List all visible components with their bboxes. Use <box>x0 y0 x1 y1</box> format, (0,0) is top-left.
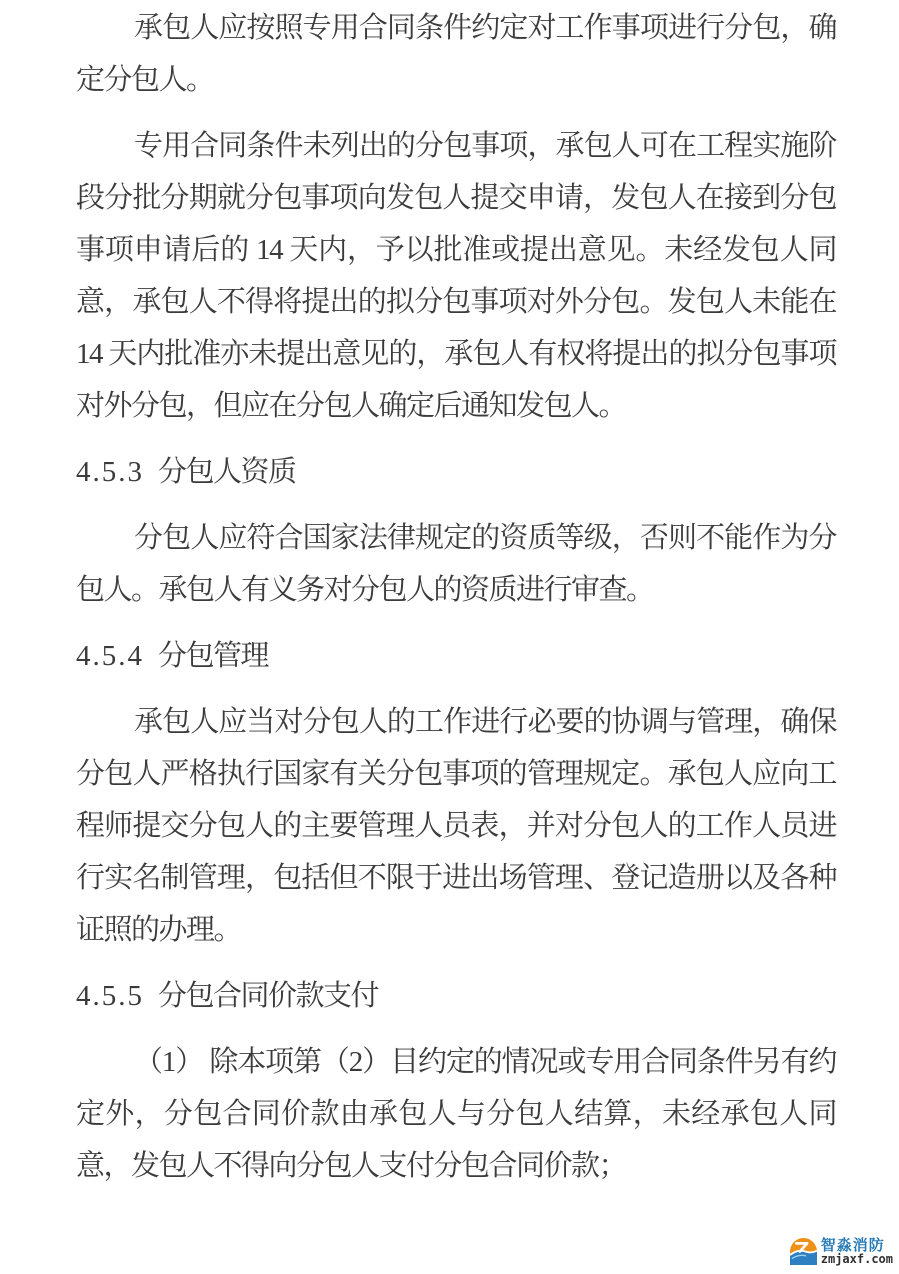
section-title: 分包管理 <box>158 640 268 672</box>
brand-name: 智淼消防 <box>821 1238 893 1254</box>
section-number: 4.5.3 <box>76 456 144 488</box>
brand-url: zmjaxf.com <box>821 1253 893 1266</box>
paragraph-subcontract-management: 承包人应当对分包人的工作进行必要的协调与管理，确保分包人严格执行国家有关分包事项… <box>76 696 836 956</box>
document-content: 承包人应按照专用合同条件约定对工作事项进行分包，确定分包人。 专用合同条件未列出… <box>76 2 836 1206</box>
document-page: 承包人应按照专用合同条件约定对工作事项进行分包，确定分包人。 专用合同条件未列出… <box>0 0 899 1274</box>
paragraph-subcontract-payment: （1） 除本项第（2）目约定的情况或专用合同条件另有约定外，分包合同价款由承包人… <box>76 1036 836 1192</box>
paragraph-subcontract-determination: 承包人应按照专用合同条件约定对工作事项进行分包，确定分包人。 <box>76 2 836 106</box>
section-number: 4.5.5 <box>76 980 144 1012</box>
brand-text-block: 智淼消防 zmjaxf.com <box>821 1238 893 1266</box>
section-heading-4-5-5: 4.5.5分包合同价款支付 <box>76 970 836 1022</box>
paragraph-subcontractor-qualification: 分包人应符合国家法律规定的资质等级，否则不能作为分包人。承包人有义务对分包人的资… <box>76 512 836 616</box>
paragraph-subcontract-application: 专用合同条件未列出的分包事项，承包人可在工程实施阶段分批分期就分包事项向发包人提… <box>76 120 836 432</box>
brand-watermark: 智淼消防 zmjaxf.com <box>790 1238 893 1266</box>
section-title: 分包人资质 <box>158 456 296 488</box>
section-title: 分包合同价款支付 <box>158 980 378 1012</box>
section-number: 4.5.4 <box>76 640 144 672</box>
section-heading-4-5-4: 4.5.4分包管理 <box>76 630 836 682</box>
section-heading-4-5-3: 4.5.3分包人资质 <box>76 446 836 498</box>
brand-logo-icon <box>790 1238 817 1265</box>
